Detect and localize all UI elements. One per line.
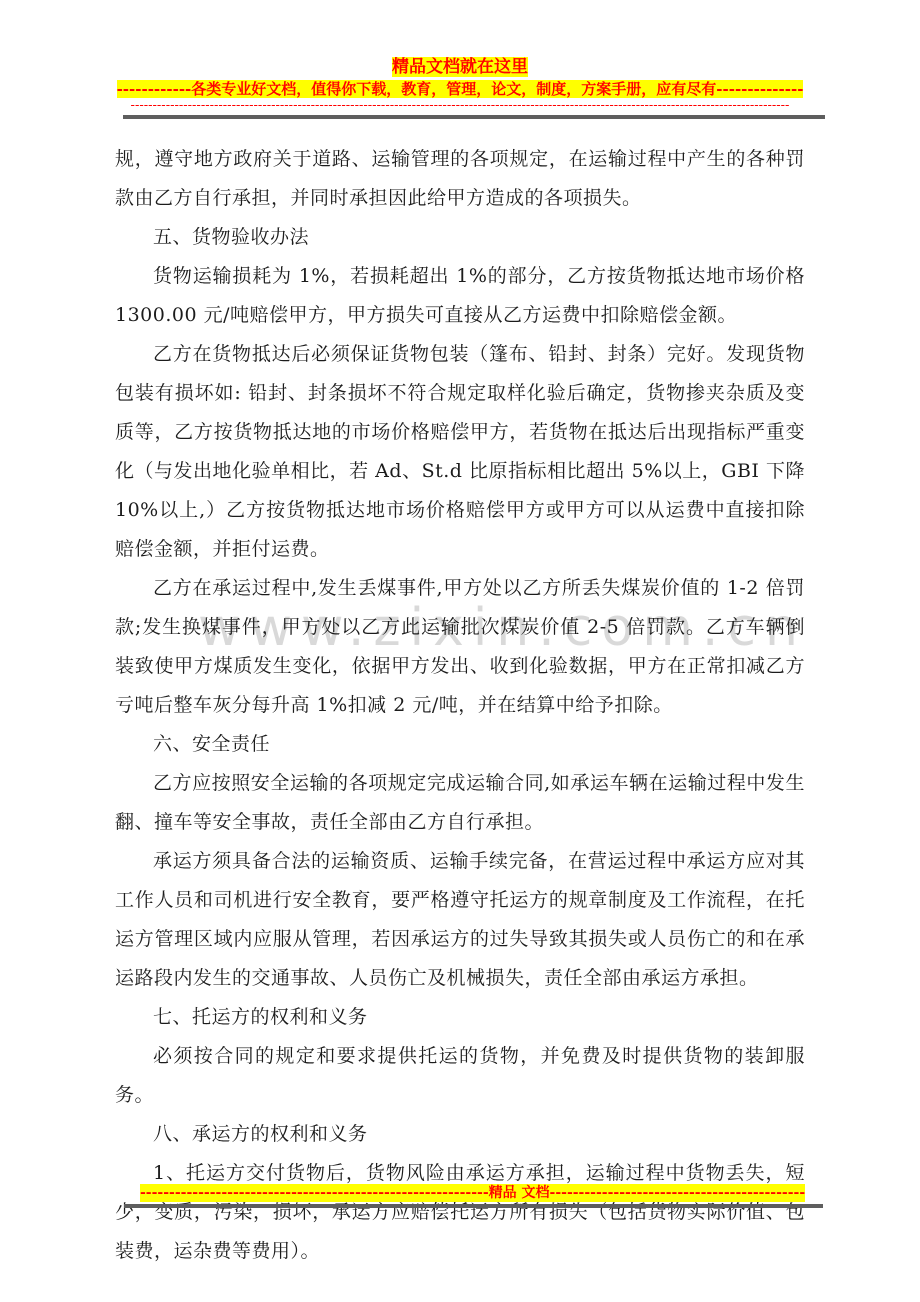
paragraph: 货物运输损耗为 1%，若损耗超出 1%的部分，乙方按货物抵达地市场价格 1300… [115,257,805,335]
section-heading-5: 五、货物验收办法 [115,218,805,257]
paragraph: 乙方应按照安全运输的各项规定完成运输合同,如承运车辆在运输过程中发生翻、撞车等安… [115,764,805,842]
promo-header: 精品文档就在这里 ------------各类专业好文档，值得你下载，教育，管理… [0,57,920,119]
paragraph: 1、托运方交付货物后，货物风险由承运方承担，运输过程中货物丢失，短少，变质，污染… [115,1154,805,1271]
contract-body: 规，遵守地方政府关于道路、运输管理的各项规定，在运输过程中产生的各种罚款由乙方自… [115,140,805,1271]
red-dashed-separator: ----------------------------------------… [129,101,791,112]
section-heading-6: 六、安全责任 [115,725,805,764]
section-heading-8: 八、承运方的权利和义务 [115,1115,805,1154]
section-heading-7: 七、托运方的权利和义务 [115,998,805,1037]
paragraph: 必须按合同的规定和要求提供托运的货物，并免费及时提供货物的装卸服务。 [115,1037,805,1115]
paragraph: 乙方在承运过程中,发生丢煤事件,甲方处以乙方所丢失煤炭价值的 1-2 倍罚款;发… [115,569,805,725]
promo-header-line1-text: 精品文档就在这里 [392,57,528,77]
footer-rule-line [124,1204,823,1208]
promo-header-line1: 精品文档就在这里 [0,57,920,78]
paragraph-continuation: 规，遵守地方政府关于道路、运输管理的各项规定，在运输过程中产生的各种罚款由乙方自… [115,140,805,218]
header-rule-line [123,115,825,119]
document-page: 精品文档就在这里 ------------各类专业好文档，值得你下载，教育，管理… [0,0,920,1302]
paragraph: 乙方在货物抵达后必须保证货物包装（篷布、铅封、封条）完好。发现货物包装有损坏如:… [115,335,805,569]
paragraph: 承运方须具备合法的运输资质、运输手续完备，在营运过程中承运方应对其工作人员和司机… [115,842,805,998]
promo-header-line2: ------------各类专业好文档，值得你下载，教育，管理，论文，制度，方案… [0,79,920,99]
promo-header-line2-text: ------------各类专业好文档，值得你下载，教育，管理，论文，制度，方案… [117,80,804,98]
promo-footer: ----------------------------------------… [140,1184,805,1202]
